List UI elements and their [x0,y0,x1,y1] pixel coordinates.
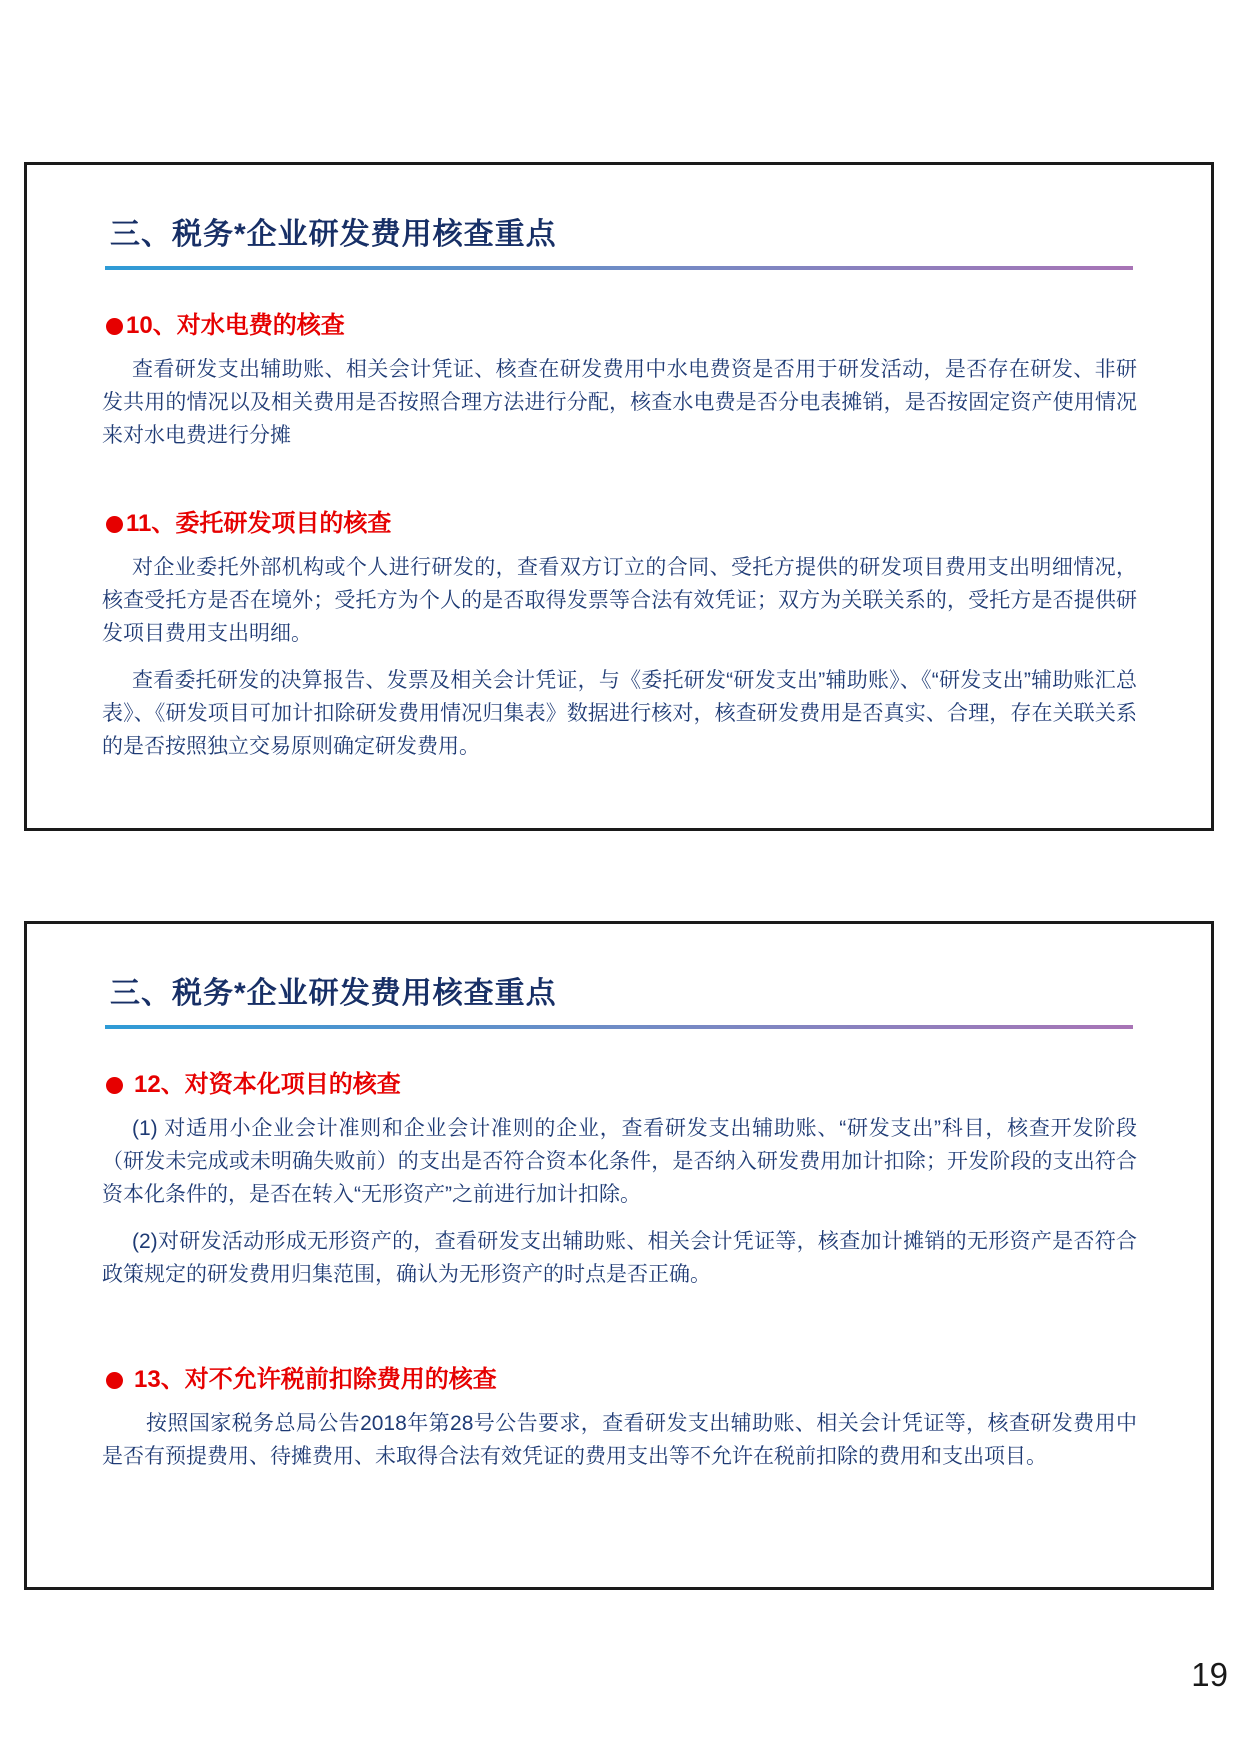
slide-2-content: 三、税务*企业研发费用核查重点 12、对资本化项目的核查 (1) 对适用小企业会… [27,976,1211,1473]
section-11: 11、委托研发项目的核查 对企业委托外部机构或个人进行研发的，查看双方订立的合同… [102,509,1137,763]
section-paragraph: 查看研发支出辅助账、相关会计凭证、核查在研发费用中水电费资是否用于研发活动，是否… [102,353,1137,452]
section-12: 12、对资本化项目的核查 (1) 对适用小企业会计准则和企业会计准则的企业，查看… [102,1070,1137,1291]
section-paragraph: 按照国家税务总局公告2018年第28号公告要求，查看研发支出辅助账、相关会计凭证… [102,1407,1137,1473]
page-number: 19 [1191,1656,1228,1694]
page: 三、税务*企业研发费用核查重点 10、对水电费的核查 查看研发支出辅助账、相关会… [0,0,1241,1755]
bullet-icon [106,516,123,533]
section-heading-text: 12、对资本化项目的核查 [134,1070,401,1100]
section-13: 13、对不允许税前扣除费用的核查 按照国家税务总局公告2018年第28号公告要求… [102,1365,1137,1473]
section-heading-10: 10、对水电费的核查 [106,311,1137,341]
title-divider [105,266,1133,270]
section-heading-text: 11、委托研发项目的核查 [126,509,391,539]
section-paragraph: (1) 对适用小企业会计准则和企业会计准则的企业，查看研发支出辅助账、“研发支出… [102,1112,1137,1211]
bullet-icon [106,318,123,335]
slide-1-content: 三、税务*企业研发费用核查重点 10、对水电费的核查 查看研发支出辅助账、相关会… [27,217,1211,763]
title-divider [105,1025,1133,1029]
section-heading-12: 12、对资本化项目的核查 [106,1070,1137,1100]
section-paragraph: 查看委托研发的决算报告、发票及相关会计凭证，与《委托研发“研发支出”辅助账》、《… [102,664,1137,763]
slide-title: 三、税务*企业研发费用核查重点 [110,217,1137,253]
section-paragraph: (2)对研发活动形成无形资产的，查看研发支出辅助账、相关会计凭证等，核查加计摊销… [102,1225,1137,1291]
slide-box-1: 三、税务*企业研发费用核查重点 10、对水电费的核查 查看研发支出辅助账、相关会… [24,162,1214,831]
section-paragraph: 对企业委托外部机构或个人进行研发的，查看双方订立的合同、受托方提供的研发项目费用… [102,551,1137,650]
section-heading-13: 13、对不允许税前扣除费用的核查 [106,1365,1137,1395]
section-heading-text: 13、对不允许税前扣除费用的核查 [134,1365,497,1395]
section-heading-11: 11、委托研发项目的核查 [106,509,1137,539]
slide-title: 三、税务*企业研发费用核查重点 [110,976,1137,1012]
bullet-icon [106,1372,123,1389]
bullet-icon [106,1077,123,1094]
section-heading-text: 10、对水电费的核查 [126,311,345,341]
section-10: 10、对水电费的核查 查看研发支出辅助账、相关会计凭证、核查在研发费用中水电费资… [102,311,1137,452]
slide-box-2: 三、税务*企业研发费用核查重点 12、对资本化项目的核查 (1) 对适用小企业会… [24,921,1214,1590]
